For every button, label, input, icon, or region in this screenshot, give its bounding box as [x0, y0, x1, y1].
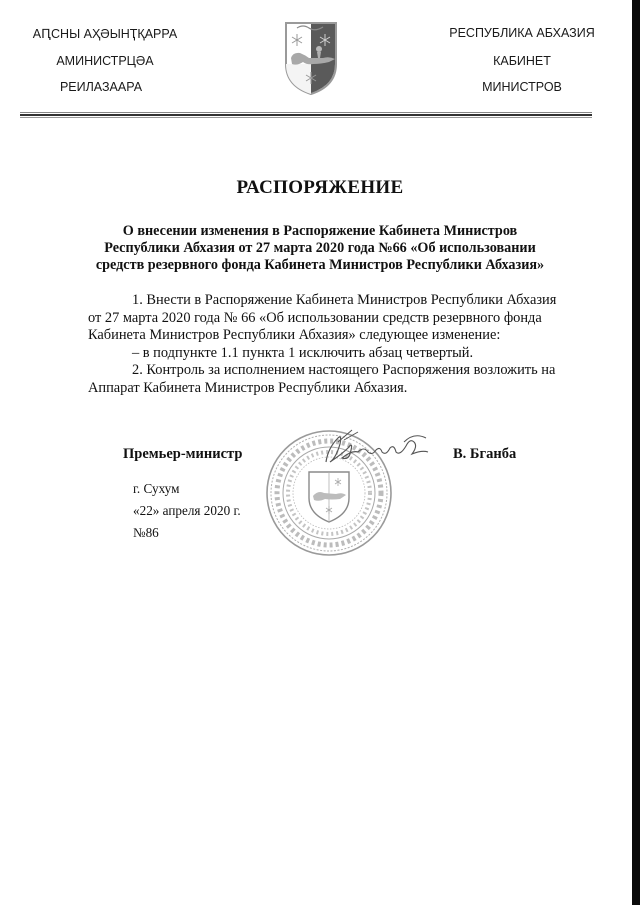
document-number: №86	[133, 525, 159, 541]
body-line-4: – в подпункте 1.1 пункта 1 исключить абз…	[132, 345, 473, 363]
letterhead-right-line-2: КАБИНЕТ	[440, 54, 604, 68]
signatory-name: В. Бганба	[453, 446, 516, 463]
document-date: «22» апреля 2020 г.	[133, 503, 241, 519]
subject-line-3: средств резервного фонда Кабинета Минист…	[80, 257, 560, 274]
body-line-2: от 27 марта 2020 года № 66 «Об использов…	[88, 310, 542, 328]
letterhead-right-line-1: РЕСПУБЛИКА АБХАЗИЯ	[440, 26, 604, 40]
letterhead-left-line-3: РЕИЛАЗААРА	[26, 80, 176, 94]
body-line-1: 1. Внести в Распоряжение Кабинета Минист…	[132, 292, 556, 310]
handwritten-signature-icon	[318, 428, 436, 468]
document-subject: О внесении изменения в Распоряжение Каби…	[80, 223, 560, 274]
letterhead-right-line-3: МИНИСТРОВ	[440, 80, 604, 94]
letterhead-divider-bottom	[20, 117, 592, 118]
letterhead-divider-top	[20, 112, 592, 113]
letterhead-left-line-1: АԤСНЫ АҲӘЫНҬҚАРРА	[30, 26, 180, 41]
document-title: РАСПОРЯЖЕНИЕ	[0, 177, 640, 199]
coat-of-arms-icon	[283, 20, 339, 96]
scan-edge-shadow	[632, 0, 640, 905]
document-city: г. Сухум	[133, 481, 179, 497]
letterhead-left-line-2: АМИНИСТРЦӘА	[30, 54, 180, 68]
body-line-3: Кабинета Министров Республики Абхазия» с…	[88, 327, 500, 345]
body-line-6: Аппарат Кабинета Министров Республики Аб…	[88, 380, 407, 398]
subject-line-1: О внесении изменения в Распоряжение Каби…	[80, 223, 560, 240]
subject-line-2: Республики Абхазия от 27 марта 2020 года…	[80, 240, 560, 257]
letterhead-divider-main	[20, 114, 592, 116]
signatory-role: Премьер-министр	[123, 446, 242, 463]
body-line-5: 2. Контроль за исполнением настоящего Ра…	[132, 362, 555, 380]
